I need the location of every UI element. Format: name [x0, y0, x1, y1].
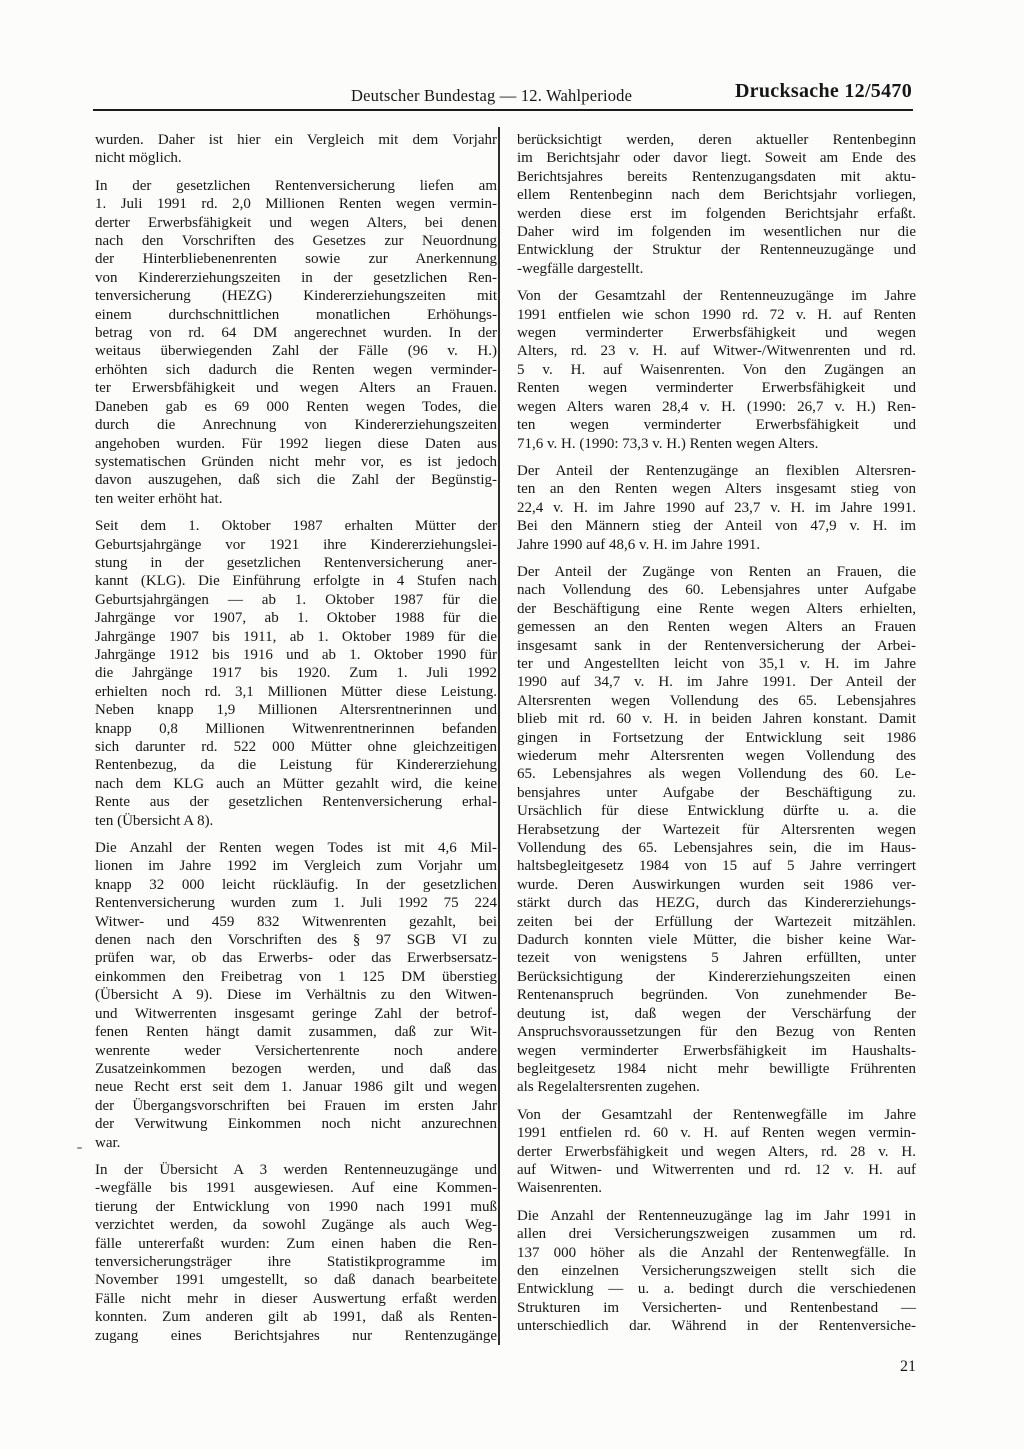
text-line: 1991 entfielen rd. 60 v. H. auf Renten w…: [517, 1124, 916, 1142]
text-line: Geburtsjahrgängen — ab 1. Oktober 1987 f…: [95, 591, 497, 609]
text-line: Die Anzahl der Rentenneuzugänge lag im J…: [517, 1207, 916, 1225]
text-line: Bei den Männern stieg der Anteil von 47,…: [517, 517, 916, 535]
text-line: 137 000 höher als die Anzahl der Rentenw…: [517, 1244, 916, 1262]
right-column: berücksichtigt werden, deren aktueller R…: [517, 131, 916, 1336]
text-line: 22,4 v. H. im Jahre 1990 auf 23,7 v. H. …: [517, 499, 916, 517]
text-line: erhöhten sich dadurch die Renten wegen v…: [95, 361, 497, 379]
text-line: unterschiedlich dar. Während in der Rent…: [517, 1317, 916, 1335]
text-line: Rentenbezug, da die Leistung für Kindere…: [95, 756, 497, 774]
text-line: Witwer- und 459 832 Witwenrenten gezahlt…: [95, 913, 497, 931]
scan-artifact: [77, 1147, 82, 1149]
text-line: Strukturen im Versicherten- und Rentenbe…: [517, 1299, 916, 1317]
text-line: berücksichtigt werden, deren aktueller R…: [517, 131, 916, 149]
text-line: wurden. Daher ist hier ein Vergleich mit…: [95, 131, 497, 149]
text-line: Jahrgänge vor 1907, ab 1. Oktober 1988 f…: [95, 609, 497, 627]
text-line: In der Übersicht A 3 werden Rentenneuzug…: [95, 1161, 497, 1179]
text-line: Seit dem 1. Oktober 1987 erhalten Mütter…: [95, 517, 497, 535]
text-line: Der Anteil der Zugänge von Renten an Fra…: [517, 563, 916, 581]
text-line: 1990 auf 34,7 v. H. im Jahre 1991. Der A…: [517, 673, 916, 691]
text-line: 1991 entfielen wie schon 1990 rd. 72 v. …: [517, 306, 916, 324]
paragraph: Von der Gesamtzahl der Rentenneuzugänge …: [517, 287, 916, 453]
text-line: Berücksichtigung der Kindererziehungszei…: [517, 968, 916, 986]
text-line: November 1991 umgestellt, so daß danach …: [95, 1271, 497, 1289]
text-line: Entwicklung — u. a. bedingt durch die ve…: [517, 1280, 916, 1298]
text-line: bensjahres unter Aufgabe der Beschäftigu…: [517, 784, 916, 802]
text-line: 65. Lebensjahres als wegen Vollendung de…: [517, 765, 916, 783]
text-line: fenen Renten hängt damit zusammen, daß z…: [95, 1023, 497, 1041]
paragraph: Von der Gesamtzahl der Rentenwegfälle im…: [517, 1106, 916, 1198]
text-line: Die Anzahl der Renten wegen Todes ist mi…: [95, 839, 497, 857]
text-line: knapp 0,8 Millionen Witwenrentnerinnen b…: [95, 720, 497, 738]
text-line: stärkt durch das HEZG, durch das Kindere…: [517, 894, 916, 912]
text-line: weitaus überwiegenden Zahl der Fälle (96…: [95, 342, 497, 360]
text-line: Dadurch konnten viele Mütter, die bisher…: [517, 931, 916, 949]
text-line: der Beschäftigung eine Rente wegen Alter…: [517, 600, 916, 618]
text-line: Daher wird im folgenden im wesentlichen …: [517, 223, 916, 241]
paragraph: Die Anzahl der Rentenneuzugänge lag im J…: [517, 1207, 916, 1336]
text-line: Jahrgänge 1907 bis 1911, ab 1. Oktober 1…: [95, 628, 497, 646]
text-line: der Übergangsvorschriften bei Frauen im …: [95, 1097, 497, 1115]
text-line: 71,6 v. H. (1990: 73,3 v. H.) Renten weg…: [517, 435, 916, 453]
text-line: Geburtsjahrgänge vor 1921 ihre Kindererz…: [95, 536, 497, 554]
text-line: zeiten bei der Erfüllung der Wartezeit m…: [517, 913, 916, 931]
text-line: deutung ist, daß wegen der Verschärfung …: [517, 1005, 916, 1023]
text-line: begleitgesetz 1984 nicht mehr bewilligte…: [517, 1060, 916, 1078]
paragraph: Die Anzahl der Renten wegen Todes ist mi…: [95, 839, 497, 1152]
text-line: angehoben wurden. Für 1992 liegen diese …: [95, 435, 497, 453]
text-line: ten weiter erhöht hat.: [95, 490, 497, 508]
text-line: knapp 32 000 leicht rückläufig. In der g…: [95, 876, 497, 894]
paragraph: wurden. Daher ist hier ein Vergleich mit…: [95, 131, 497, 168]
text-line: ten (Übersicht A 8).: [95, 812, 497, 830]
text-line: 5 v. H. auf Waisenrenten. Von den Zugäng…: [517, 361, 916, 379]
text-line: blieb mit rd. 60 v. H. in beiden Jahren …: [517, 710, 916, 728]
paragraph: berücksichtigt werden, deren aktueller R…: [517, 131, 916, 278]
page-number: 21: [900, 1358, 916, 1376]
document-number: Drucksache 12/5470: [735, 80, 912, 103]
text-line: denen nach den Vorschriften des § 97 SGB…: [95, 931, 497, 949]
text-line: allen drei Versicherungszweigen zusammen…: [517, 1225, 916, 1243]
text-line: Rentenversicherung wurden zum 1. Juli 19…: [95, 894, 497, 912]
text-line: als Regelaltersrenten zugehen.: [517, 1078, 916, 1096]
text-line: derter Erwerbsfähigkeit und wegen Alters…: [517, 1143, 916, 1161]
text-line: Herabsetzung der Wartezeit für Altersren…: [517, 821, 916, 839]
text-line: (Übersicht A 9). Diese im Verhältnis zu …: [95, 986, 497, 1004]
text-line: haltsbegleitgesetz 1984 von 15 auf 5 Jah…: [517, 857, 916, 875]
text-line: betrag von rd. 64 DM angerechnet wurden.…: [95, 324, 497, 342]
text-line: auf Witwen- und Witwerrenten und rd. 12 …: [517, 1161, 916, 1179]
text-line: wegen Alters waren 28,4 v. H. (1990: 26,…: [517, 398, 916, 416]
paragraph: Seit dem 1. Oktober 1987 erhalten Mütter…: [95, 517, 497, 830]
text-line: davon auszugehen, daß sich die Zahl der …: [95, 471, 497, 489]
text-line: ellem Rentenbeginn nach dem Berichtsjahr…: [517, 186, 916, 204]
text-line: Renten wegen verminderter Erwerbsfähigke…: [517, 379, 916, 397]
text-line: Rente aus der gesetzlichen Rentenversich…: [95, 793, 497, 811]
text-line: insgesamt sank in der Rentenversicherung…: [517, 637, 916, 655]
text-line: fälle untererfaßt wurden: Zum einen habe…: [95, 1235, 497, 1253]
text-line: -wegfälle bis 1991 ausgewiesen. Auf eine…: [95, 1179, 497, 1197]
text-line: Neben knapp 1,9 Millionen Altersrentneri…: [95, 701, 497, 719]
text-line: die Jahrgänge 1917 bis 1920. Zum 1. Juli…: [95, 664, 497, 682]
paragraph: Der Anteil der Zugänge von Renten an Fra…: [517, 563, 916, 1097]
text-line: Jahrgänge 1912 bis 1916 und ab 1. Oktobe…: [95, 646, 497, 664]
text-line: war.: [95, 1134, 497, 1152]
text-line: Fälle nicht mehr in dieser Auswertung er…: [95, 1290, 497, 1308]
text-line: tierung der Entwicklung von 1990 nach 19…: [95, 1198, 497, 1216]
text-line: ter und Angestellten leicht von 35,1 v. …: [517, 655, 916, 673]
text-line: von Kindererziehungszeiten in der gesetz…: [95, 269, 497, 287]
text-line: stung in der gesetzlichen Rentenversiche…: [95, 554, 497, 572]
text-line: wurde. Deren Auswirkungen wurden seit 19…: [517, 876, 916, 894]
paragraph: In der Übersicht A 3 werden Rentenneuzug…: [95, 1161, 497, 1345]
text-line: neue Recht erst seit dem 1. Januar 1986 …: [95, 1078, 497, 1096]
text-line: wiederum mehr Altersrenten wegen Vollend…: [517, 747, 916, 765]
document-page: Deutscher Bundestag — 12. Wahlperiode Dr…: [0, 0, 1024, 1449]
text-line: Jahre 1990 auf 48,6 v. H. im Jahre 1991.: [517, 536, 916, 554]
text-line: Entwicklung der Struktur der Rentenneuzu…: [517, 241, 916, 259]
text-line: derter Erwerbsfähigkeit und wegen Alters…: [95, 214, 497, 232]
text-line: 1. Juli 1991 rd. 2,0 Millionen Renten we…: [95, 195, 497, 213]
text-line: Berichtsjahres bereits Rentenzugangsdate…: [517, 168, 916, 186]
text-line: Von der Gesamtzahl der Rentenwegfälle im…: [517, 1106, 916, 1124]
text-line: tezeit von wenigstens 5 Jahren erfüllten…: [517, 949, 916, 967]
text-line: Anspruchsvoraussetzungen für den Bezug v…: [517, 1023, 916, 1041]
text-line: nach den Vorschriften des Gesetzes zur N…: [95, 232, 497, 250]
text-line: prüfen war, ob das Erwerbs- oder das Erw…: [95, 949, 497, 967]
paragraph: Der Anteil der Rentenzugänge an flexible…: [517, 462, 916, 554]
text-line: wegen verminderter Erwerbsfähigkeit und …: [517, 324, 916, 342]
text-line: Ursächlich für diese Entwicklung dürfte …: [517, 802, 916, 820]
text-line: Alters, rd. 23 v. H. auf Witwer-/Witwenr…: [517, 342, 916, 360]
text-line: Altersrenten wegen Vollendung des 65. Le…: [517, 692, 916, 710]
text-line: wenrente weder Versichertenrente noch an…: [95, 1042, 497, 1060]
text-line: der Hinterbliebenenrenten sowie zur Aner…: [95, 250, 497, 268]
text-line: In der gesetzlichen Rentenversicherung l…: [95, 177, 497, 195]
text-line: -wegfälle dargestellt.: [517, 260, 916, 278]
text-line: werden diese erst im folgenden Berichtsj…: [517, 205, 916, 223]
text-line: sich darunter rd. 522 000 Mütter ohne gl…: [95, 738, 497, 756]
text-line: einkommen den Freibetrag von 1 125 DM üb…: [95, 968, 497, 986]
text-line: den einzelnen Versicherungszweigen stell…: [517, 1262, 916, 1280]
text-line: gemessen an den Renten wegen Alters an F…: [517, 618, 916, 636]
text-line: im Berichtsjahr oder davor liegt. Soweit…: [517, 149, 916, 167]
text-line: verzichtet werden, da sowohl Zugänge als…: [95, 1216, 497, 1234]
text-line: einem durchschnittlichen monatlichen Erh…: [95, 306, 497, 324]
text-line: lionen im Jahre 1992 im Vergleich zum Vo…: [95, 857, 497, 875]
text-line: und Witwerrenten insgesamt geringe Zahl …: [95, 1005, 497, 1023]
text-line: Daneben gab es 69 000 Renten wegen Todes…: [95, 398, 497, 416]
paragraph: In der gesetzlichen Rentenversicherung l…: [95, 177, 497, 508]
text-line: Zusatzeinkommen bezogen werden, und daß …: [95, 1060, 497, 1078]
text-line: Der Anteil der Rentenzugänge an flexible…: [517, 462, 916, 480]
text-line: wegen verminderter Erwerbsfähigkeit im H…: [517, 1042, 916, 1060]
text-line: nach Vollendung des 60. Lebensjahres unt…: [517, 581, 916, 599]
text-line: erhielten noch rd. 3,1 Millionen Mütter …: [95, 683, 497, 701]
text-line: Vollendung des 65. Lebensjahres sein, di…: [517, 839, 916, 857]
text-line: durch die Anrechnung von Kindererziehung…: [95, 416, 497, 434]
text-line: tenversicherung (HEZG) Kindererziehungsz…: [95, 287, 497, 305]
text-line: ten an den Renten wegen Alters insgesamt…: [517, 480, 916, 498]
text-line: ter Erwersbfähigkeit und wegen Alters an…: [95, 379, 497, 397]
text-line: Waisenrenten.: [517, 1179, 916, 1197]
text-line: systematischen Gründen nicht mehr vor, e…: [95, 453, 497, 471]
text-line: der Verwitwung Einkommen noch nicht anzu…: [95, 1115, 497, 1133]
header-rule: [93, 109, 913, 111]
column-divider: [498, 127, 500, 1345]
text-line: nicht möglich.: [95, 149, 497, 167]
text-line: gingen in Fortsetzung der Entwicklung se…: [517, 729, 916, 747]
text-line: Von der Gesamtzahl der Rentenneuzugänge …: [517, 287, 916, 305]
text-line: nach dem KLG auch an Mütter gezahlt wird…: [95, 775, 497, 793]
left-column: wurden. Daher ist hier ein Vergleich mit…: [95, 131, 497, 1345]
text-line: konnten. Zum anderen gilt ab 1991, daß a…: [95, 1308, 497, 1326]
text-line: tenversicherungsträger ihre Statistikpro…: [95, 1253, 497, 1271]
text-line: zugang eines Berichtsjahres nur Rentenzu…: [95, 1327, 497, 1345]
text-line: Rentenanspruch begründen. Von zunehmende…: [517, 986, 916, 1004]
text-line: kannt (KLG). Die Einführung erfolgte in …: [95, 572, 497, 590]
text-line: ten wegen verminderter Erwerbsfähigkeit …: [517, 416, 916, 434]
header-title: Deutscher Bundestag — 12. Wahlperiode: [351, 86, 632, 106]
